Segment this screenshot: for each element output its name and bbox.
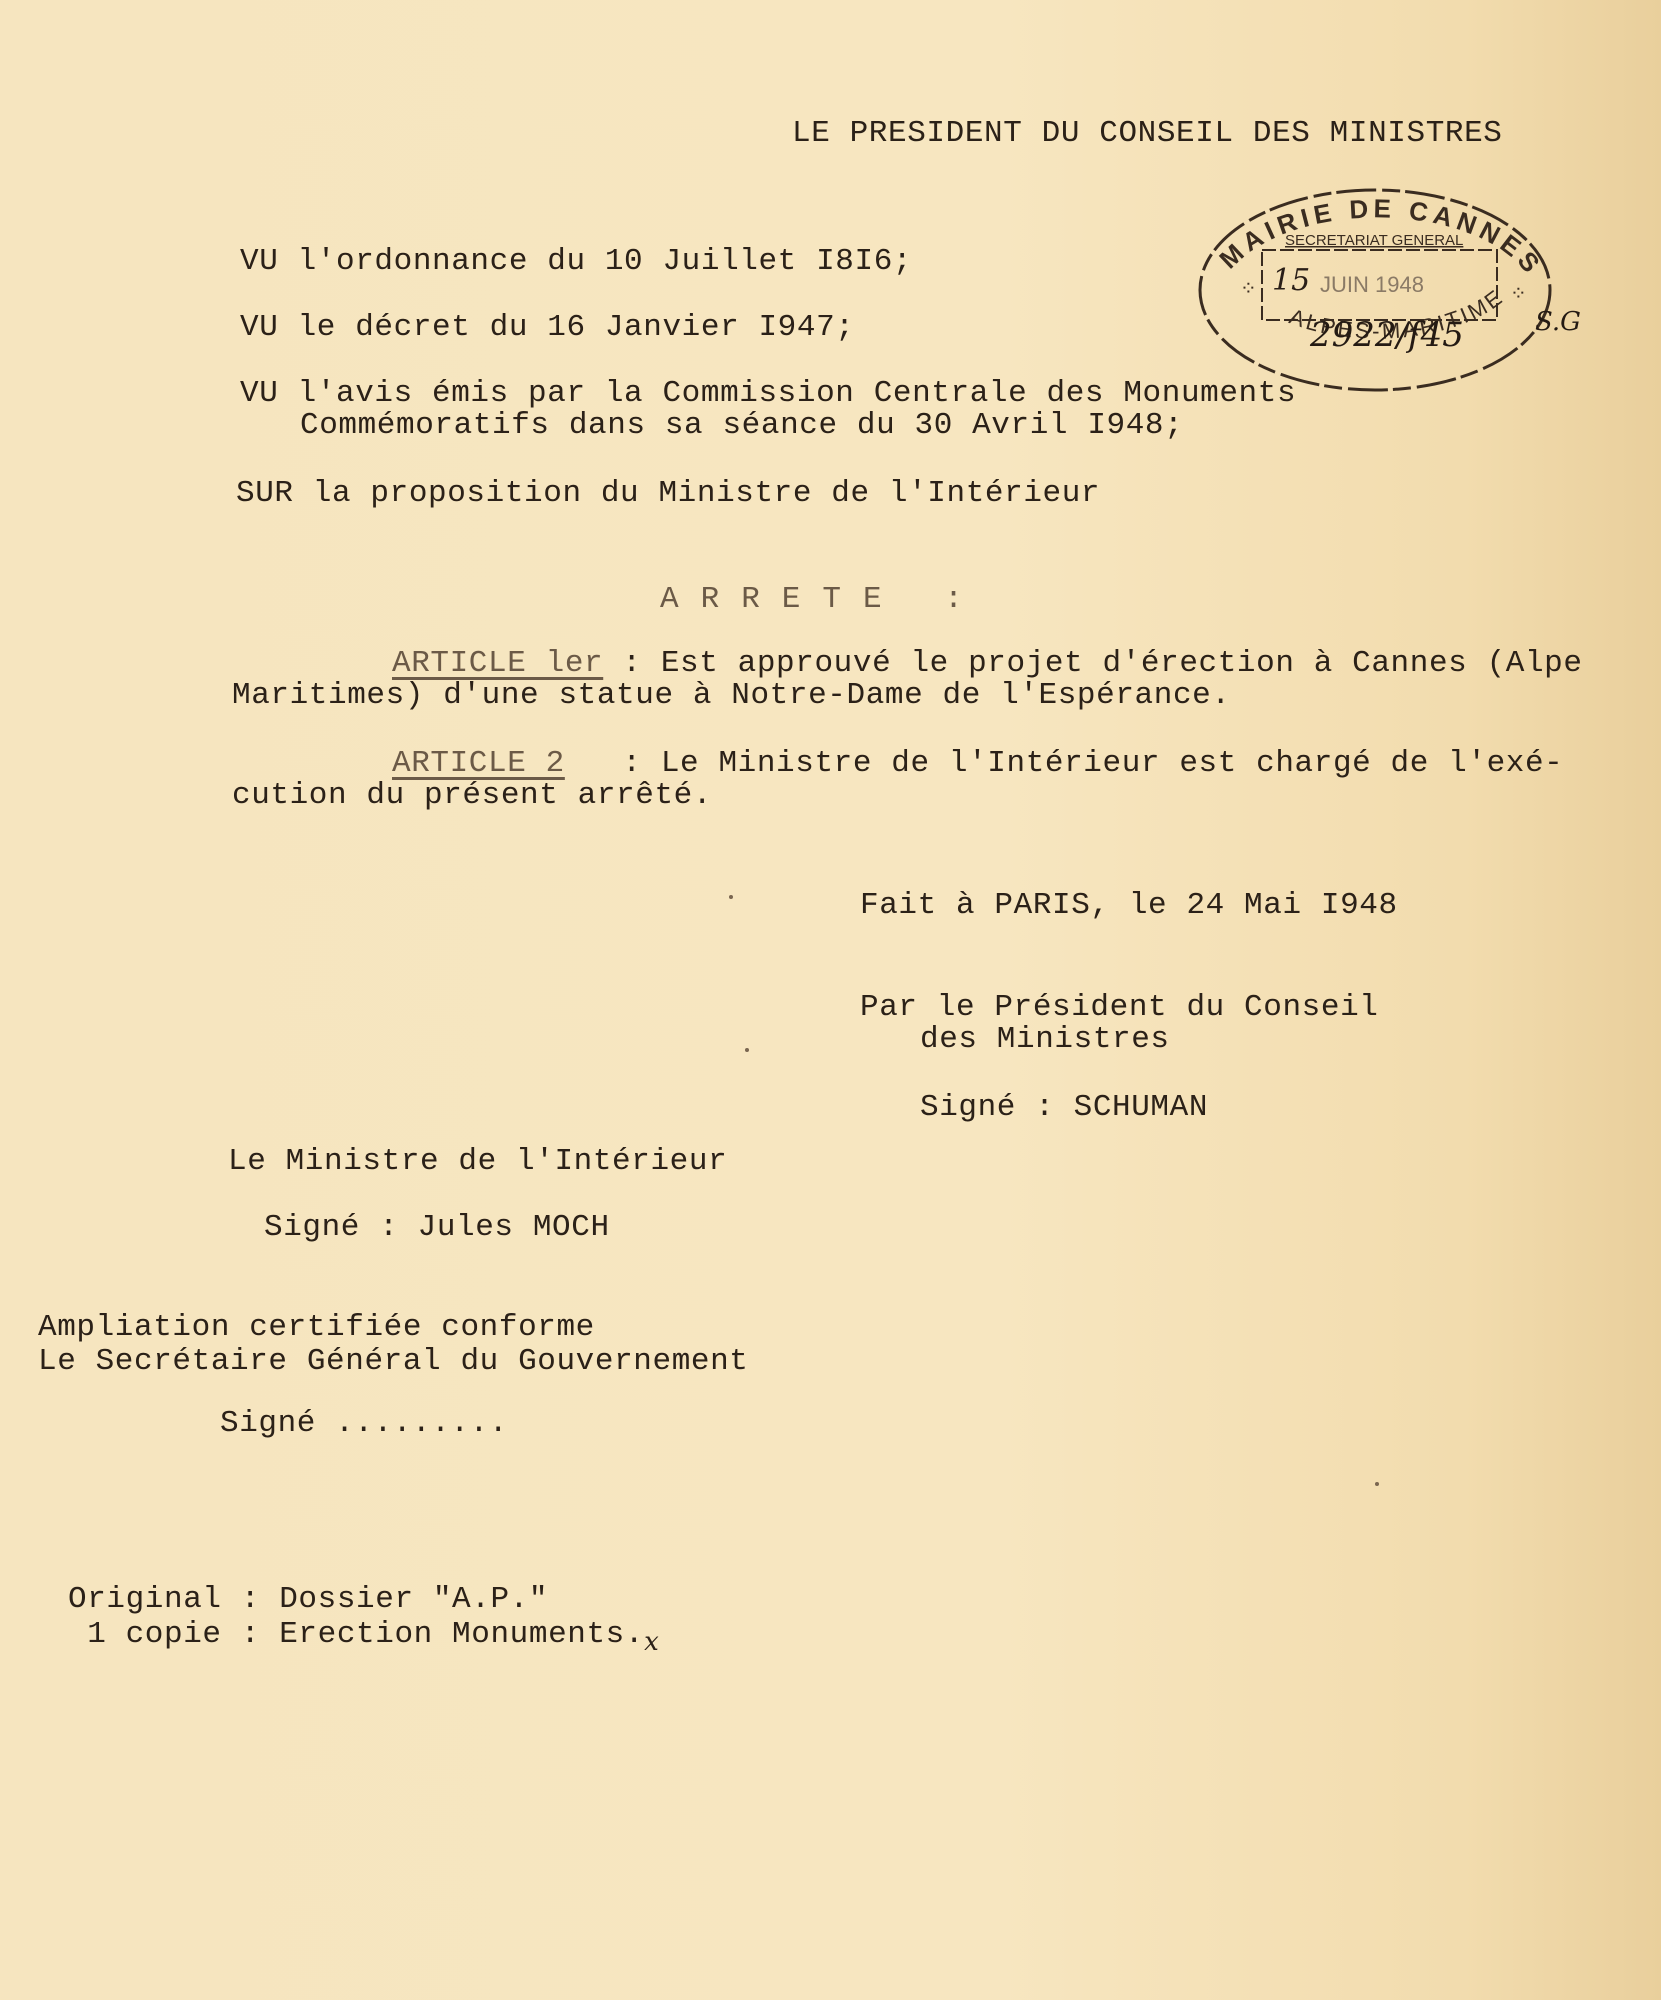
article-2-line1: ARTICLE 2 : Le Ministre de l'Intérieur e… — [392, 748, 1563, 780]
article-1-label: ARTICLE ler — [392, 646, 603, 681]
president-signature: Signé : SCHUMAN — [920, 1092, 1208, 1124]
considerant-decret-1947: VU le décret du 16 Janvier I947; — [240, 312, 855, 344]
certification-line2: Le Secrétaire Général du Gouvernement — [38, 1346, 749, 1378]
article-2-line2: cution du présent arrêté. — [232, 780, 712, 812]
place-and-date: Fait à PARIS, le 24 Mai I948 — [860, 890, 1398, 922]
paper-speck — [745, 1048, 749, 1052]
svg-text:SECRETARIAT GENERAL: SECRETARIAT GENERAL — [1285, 232, 1463, 249]
paper-speck — [729, 895, 733, 899]
document-page: LE PRESIDENT DU CONSEIL DES MINISTRES MA… — [0, 0, 1661, 2000]
article-2-text: : Le Ministre de l'Intérieur est chargé … — [565, 746, 1564, 781]
svg-text:⁘: ⁘ — [1240, 279, 1257, 302]
distribution-original: Original : Dossier "A.P." — [68, 1584, 548, 1616]
svg-text:⁘: ⁘ — [1510, 284, 1527, 307]
arrete-heading: ARRETE : — [660, 584, 985, 616]
paper-speck — [1375, 1482, 1379, 1486]
by-president-line2: des Ministres — [920, 1024, 1170, 1056]
certification-signature: Signé ......... — [220, 1408, 508, 1440]
distribution-copy: 1 copie : Erection Monuments.x — [68, 1618, 659, 1651]
svg-text:S.G: S.G — [1535, 307, 1580, 337]
certification-line1: Ampliation certifiée conforme — [38, 1312, 595, 1344]
article-1-text: : Est approuvé le projet d'érection à Ca… — [603, 646, 1582, 681]
svg-text:15: 15 — [1272, 263, 1310, 298]
svg-text:JUIN 1948: JUIN 1948 — [1320, 272, 1424, 297]
distribution-copy-text: 1 copie : Erection Monuments. — [68, 1617, 644, 1652]
article-1-line1: ARTICLE ler : Est approuvé le projet d'é… — [392, 648, 1583, 680]
considerant-avis-commission-line1: VU l'avis émis par la Commission Central… — [240, 378, 1296, 410]
article-1-line2: Maritimes) d'une statue à Notre-Dame de … — [232, 680, 1231, 712]
proposition-ministre: SUR la proposition du Ministre de l'Inté… — [236, 478, 1100, 510]
document-header-title: LE PRESIDENT DU CONSEIL DES MINISTRES — [792, 118, 1503, 150]
minister-signature: Signé : Jules MOCH — [264, 1212, 610, 1244]
article-2-label: ARTICLE 2 — [392, 746, 565, 781]
minister-title: Le Ministre de l'Intérieur — [228, 1146, 727, 1178]
handwritten-check-mark: x — [644, 1627, 659, 1657]
considerant-avis-commission-line2: Commémoratifs dans sa séance du 30 Avril… — [300, 410, 1183, 442]
by-president-line1: Par le Président du Conseil — [860, 992, 1378, 1024]
considerant-ordonnance-1816: VU l'ordonnance du 10 Juillet I8I6; — [240, 246, 912, 278]
svg-text:2922/f45: 2922/f45 — [1309, 315, 1464, 355]
